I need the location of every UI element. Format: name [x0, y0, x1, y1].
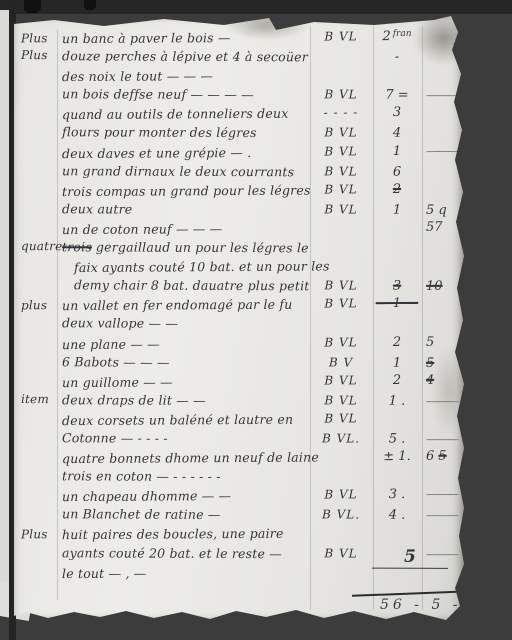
entry-text: un vallet en fer endomagé par le fu	[62, 297, 293, 313]
ledger-mark: B VL	[310, 88, 372, 102]
marginal-value: ———	[426, 508, 512, 522]
margin-word: Plus	[21, 528, 59, 542]
scanned-document-view: 355 Plusun banc à paver le bois —B VL2fr…	[0, 0, 512, 640]
binding-mark	[84, 0, 96, 10]
ledger-row: Cotonne — - - - -B VL.5 .———	[14, 430, 464, 451]
entry-text: un guillome — —	[62, 374, 173, 390]
ledger-mark: B VL	[310, 393, 372, 407]
amount-value: 3	[372, 279, 422, 294]
marginal-value: 4	[426, 372, 512, 388]
amount-value: ± 1.	[372, 449, 422, 464]
margin-word: Plus	[21, 48, 59, 62]
entry-text: deux vallope — —	[62, 316, 178, 332]
amount-value: 7 =	[372, 88, 422, 103]
entry-text: Cotonne — - - - -	[62, 430, 168, 445]
ledger-mark: B VL	[310, 202, 372, 216]
page-total: 56 - 5 -	[380, 597, 462, 613]
entry-text: douze perches à lépive et 4 à secoüer	[62, 48, 308, 64]
ledger-mark: B VL	[310, 411, 372, 425]
marginal-value: ———	[426, 487, 512, 502]
margin-word: plus	[21, 298, 59, 312]
entry-text: trois compas un grand pour les légres	[62, 182, 311, 199]
ledger-row: le tout — , —	[14, 563, 464, 585]
marginal-value: ———	[426, 394, 512, 408]
ledger-mark: B VL	[310, 279, 372, 293]
ledger-row: flours pour monter des légresB VL4	[14, 124, 464, 145]
entry-text: demy chair 8 bat. dauatre plus petit	[74, 277, 310, 293]
entry-text: faix ayants couté 10 bat. et un pour les	[74, 259, 330, 276]
ledger-mark: B VL	[310, 29, 372, 43]
amount-value: -	[372, 50, 422, 65]
struck-marginal-value: 5	[438, 449, 446, 464]
ledger-mark: B VL.	[310, 508, 372, 522]
ledger-mark: B VL	[310, 182, 372, 196]
ledger-row: deux daves et une grépie — .B VL1———	[14, 143, 464, 165]
amount-value: 6	[372, 164, 422, 179]
marginal-value: 5	[426, 334, 512, 350]
ledger-row: Plusdouze perches à lépive et 4 à secoüe…	[14, 48, 464, 69]
entry-text: une plane — —	[62, 336, 160, 352]
entry-text: quatre bonnets dhome un neuf de laine	[62, 450, 319, 467]
marginal-value: ———	[426, 143, 512, 158]
amount-value: 3 .	[372, 487, 422, 502]
entry-text: un chapeau dhomme — —	[62, 488, 231, 504]
ledger-mark: B VL	[310, 126, 372, 140]
ledger-row: Plusun banc à paver le bois —B VL2fran	[14, 29, 464, 51]
amount-value: 5 .	[372, 432, 422, 447]
marginal-value: ———	[426, 432, 512, 446]
ledger-mark: B VL	[310, 373, 372, 387]
margin-word: item	[21, 392, 59, 406]
amount-value: 2	[372, 373, 422, 388]
ledger-row: Plushuit paires des boucles, une paire	[14, 525, 464, 547]
marginal-value: ———	[426, 88, 512, 102]
adjacent-page-edge	[0, 10, 9, 616]
entry-text: deux autre	[62, 201, 132, 216]
entry-text: un grand dirnaux le deux courrants	[62, 163, 294, 179]
ledger-mark: B VL	[310, 546, 372, 560]
ledger-row: deux vallope — —	[14, 315, 464, 336]
struck-word: trois	[62, 239, 92, 254]
entry-text: flours pour monter des légres	[62, 125, 257, 141]
ledger-row: deux autreB VL15 q	[14, 201, 464, 222]
ledger-row: un de coton neuf — — —57	[14, 220, 464, 242]
ledger-mark: B VL	[310, 144, 372, 158]
ledger-row: un guillome — —B VL24	[14, 372, 464, 394]
entry-text: trois en coton — - - - - - -	[62, 468, 221, 484]
amount-value: 2	[372, 182, 422, 197]
ledger-row: deux corsets un baléné et lautre enB VL	[14, 411, 464, 433]
ledger-mark: B VL.	[310, 431, 372, 445]
entry-text: deux daves et une grépie — .	[62, 144, 252, 160]
entry-text: des noix le tout — — —	[62, 68, 213, 84]
manuscript-page: 355 Plusun banc à paver le bois —B VL2fr…	[14, 16, 464, 622]
marginal-value: 5	[426, 355, 512, 370]
ledger-mark: B VL	[310, 487, 372, 501]
amount-value: 1 .	[372, 393, 422, 408]
amount-value: 1	[372, 355, 422, 370]
marginal-value: 10	[426, 279, 512, 294]
entry-text: troisgergaillaud un pour les légres le	[62, 239, 309, 255]
ledger-mark: B VL	[310, 164, 372, 178]
marginal-value: 57	[426, 219, 512, 235]
scanner-background-top	[0, 0, 512, 14]
ledger-row: ayants couté 20 bat. et le reste —B VL5—…	[14, 545, 464, 566]
entry-text: ayants couté 20 bat. et le reste —	[62, 545, 282, 561]
amount-value: 2	[372, 334, 422, 349]
entry-text: deux draps de lit — —	[62, 392, 206, 408]
amount-value: 3	[372, 105, 422, 120]
marginal-value: ———	[426, 546, 512, 560]
entry-text: huit paires des boucles, une paire	[62, 526, 284, 542]
page-number: 355	[451, 21, 498, 44]
amount-value: 1	[372, 202, 422, 217]
entry-text: un de coton neuf — — —	[62, 221, 223, 237]
amount-value: 4 .	[372, 508, 422, 523]
ledger-row: quatre bonnets dhome un neuf de laine± 1…	[14, 449, 464, 471]
entry-text: quand au outils de tonneliers deux	[62, 106, 289, 122]
ledger-mark: - - - -	[310, 106, 372, 120]
entry-text: 6 Babots — — —	[62, 354, 170, 369]
amount-value: 1	[372, 143, 422, 158]
margin-word: quatre	[21, 239, 59, 253]
amount-value: 4	[372, 126, 422, 141]
entry-text: deux corsets un baléné et lautre en	[62, 412, 293, 428]
marginal-value: 5 q	[426, 203, 512, 218]
entry-text: un bois deffse neuf — — — —	[62, 87, 254, 103]
binding-mark	[24, 0, 41, 13]
ledger-mark: B VL	[310, 297, 372, 311]
ledger-row: une plane — —B VL25	[14, 334, 464, 356]
ledger-row: trois compas un grand pour les légresB V…	[14, 181, 464, 203]
ledger-row: un grand dirnaux le deux courrantsB VL6	[14, 163, 464, 184]
marginal-value: 6 5	[426, 448, 512, 464]
ledger-mark: B V	[310, 355, 372, 369]
margin-word: Plus	[21, 31, 59, 45]
amount-value: — 1 —	[372, 296, 422, 311]
entry-text: un Blanchet de ratine —	[62, 507, 221, 523]
currency-unit: fran	[393, 29, 412, 39]
ledger-mark: B VL	[310, 335, 372, 349]
entry-text: un banc à paver le bois —	[62, 30, 231, 46]
ledger-row: quatretroisgergaillaud un pour les légre…	[14, 239, 464, 260]
amount-value: 2fran	[372, 29, 422, 44]
entry-text: le tout — , —	[62, 565, 147, 581]
ledger-row: itemdeux draps de lit — —B VL1 .———	[14, 392, 464, 413]
ledger-rows: Plusun banc à paver le bois —B VL2franPl…	[14, 30, 464, 584]
ledger-row: 6 Babots — — —B V15	[14, 354, 464, 375]
